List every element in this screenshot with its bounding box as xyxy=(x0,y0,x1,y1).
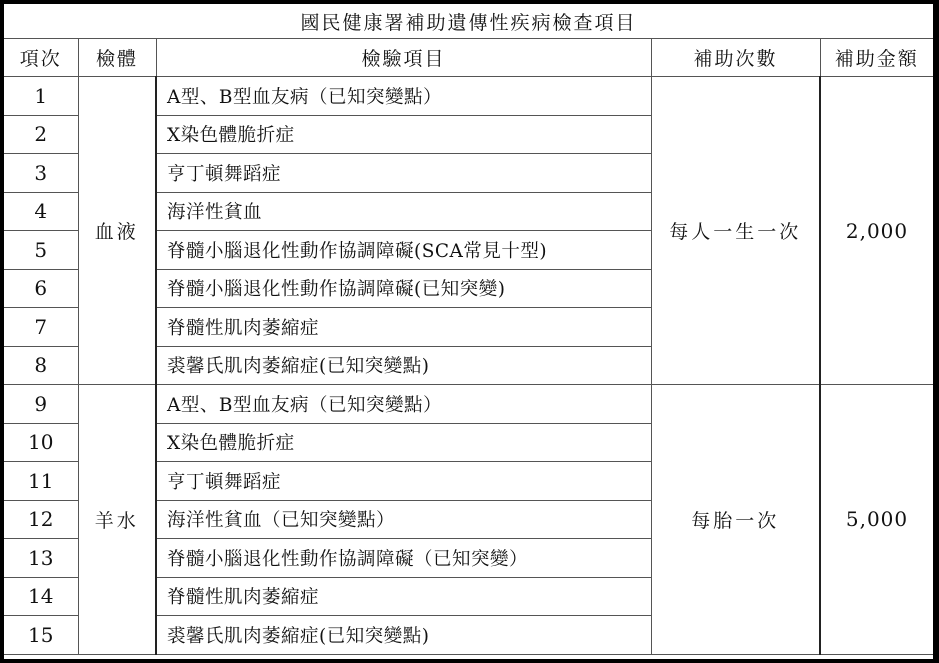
row-no: 11 xyxy=(4,462,78,501)
test-item: 脊髓性肌肉萎縮症 xyxy=(156,577,651,616)
specimen-cell: 羊水 xyxy=(78,385,156,655)
test-item: 裘馨氏肌肉萎縮症(已知突變點) xyxy=(156,616,651,655)
row-no: 12 xyxy=(4,500,78,539)
header-no: 項次 xyxy=(4,39,78,77)
row-no: 5 xyxy=(4,231,78,270)
test-item: 脊髓小腦退化性動作協調障礙(已知突變) xyxy=(156,269,651,308)
frequency-cell: 每人一生一次 xyxy=(651,77,820,385)
test-item: 脊髓小腦退化性動作協調障礙（已知突變） xyxy=(156,539,651,578)
test-item: A型、B型血友病（已知突變點） xyxy=(156,385,651,424)
row-no: 3 xyxy=(4,154,78,193)
title-row: 國民健康署補助遺傳性疾病檢查項目 xyxy=(4,4,933,39)
row-no: 14 xyxy=(4,577,78,616)
row-no: 4 xyxy=(4,192,78,231)
row-no: 13 xyxy=(4,539,78,578)
table-row: 9 羊水 A型、B型血友病（已知突變點） 每胎一次 5,000 xyxy=(4,385,933,424)
test-item: 海洋性貧血（已知突變點） xyxy=(156,500,651,539)
specimen-cell: 血液 xyxy=(78,77,156,385)
row-no: 10 xyxy=(4,423,78,462)
header-frequency: 補助次數 xyxy=(651,39,820,77)
row-no: 8 xyxy=(4,346,78,385)
test-item: 海洋性貧血 xyxy=(156,192,651,231)
row-no: 7 xyxy=(4,308,78,347)
test-item: 脊髓性肌肉萎縮症 xyxy=(156,308,651,347)
row-no: 1 xyxy=(4,77,78,116)
row-no: 15 xyxy=(4,616,78,655)
test-item: X染色體脆折症 xyxy=(156,115,651,154)
test-item: 裘馨氏肌肉萎縮症(已知突變點) xyxy=(156,346,651,385)
header-amount: 補助金額 xyxy=(820,39,933,77)
table-row: 1 血液 A型、B型血友病（已知突變點） 每人一生一次 2,000 xyxy=(4,77,933,116)
test-item: A型、B型血友病（已知突變點） xyxy=(156,77,651,116)
row-no: 9 xyxy=(4,385,78,424)
genetic-test-subsidy-table: 國民健康署補助遺傳性疾病檢查項目 項次 檢體 檢驗項目 補助次數 補助金額 1 … xyxy=(4,4,933,655)
header-row: 項次 檢體 檢驗項目 補助次數 補助金額 xyxy=(4,39,933,77)
test-item: X染色體脆折症 xyxy=(156,423,651,462)
test-item: 亨丁頓舞蹈症 xyxy=(156,462,651,501)
header-test-item: 檢驗項目 xyxy=(156,39,651,77)
row-no: 6 xyxy=(4,269,78,308)
test-item: 脊髓小腦退化性動作協調障礙(SCA常見十型) xyxy=(156,231,651,270)
test-item: 亨丁頓舞蹈症 xyxy=(156,154,651,193)
row-no: 2 xyxy=(4,115,78,154)
document-frame: 國民健康署補助遺傳性疾病檢查項目 項次 檢體 檢驗項目 補助次數 補助金額 1 … xyxy=(4,4,933,659)
amount-cell: 2,000 xyxy=(820,77,933,385)
amount-cell: 5,000 xyxy=(820,385,933,655)
table-title: 國民健康署補助遺傳性疾病檢查項目 xyxy=(4,4,933,39)
header-specimen: 檢體 xyxy=(78,39,156,77)
frequency-cell: 每胎一次 xyxy=(651,385,820,655)
